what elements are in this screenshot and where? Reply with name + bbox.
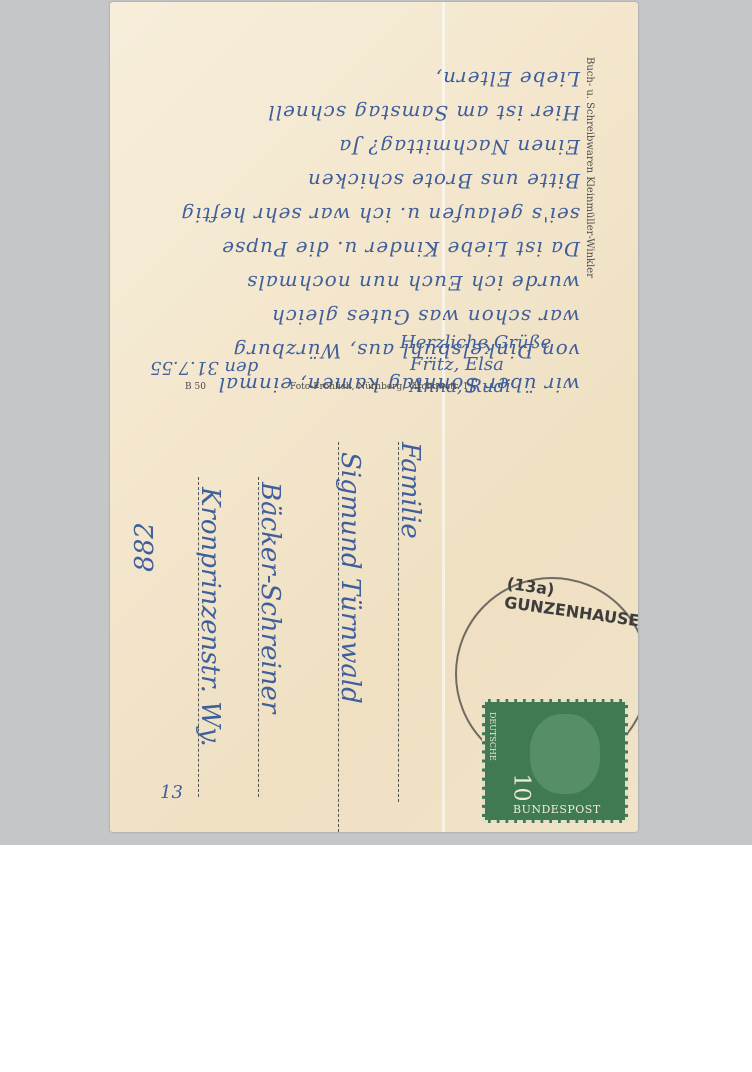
address-line: Kronprinzenstr. Wy. — [195, 487, 225, 747]
address-line: Bäcker-Schreiner — [255, 482, 285, 713]
message-line: Einen Nachmittag? Ja — [110, 130, 580, 164]
postcard: wir über Sonntag kamen, einmal von Dinke… — [110, 2, 638, 832]
message-line: Da ist Liebe Kinder u. die Pupse — [110, 232, 580, 266]
postage-stamp: DEUTSCHE 10 BUNDESPOST — [482, 699, 628, 823]
message-line: wurde ich Euch nun nochmals — [110, 266, 580, 300]
signature-greeting: Herzliche Grüße — [400, 332, 551, 353]
portrait — [530, 714, 600, 794]
signature-names-1: Fritz, Elsa — [410, 354, 504, 375]
card-number: B 50 — [185, 382, 206, 392]
message-line: war schon was Gutes gleich — [110, 300, 580, 334]
margin-number: 882 — [130, 522, 160, 572]
shop-imprint: Buch- u. Schreibwaren Kleinmüller-Winkle… — [584, 57, 595, 278]
message-line: Hier ist am Samstag schnell — [110, 96, 580, 130]
stamp-value: 10 — [509, 774, 534, 802]
address-line: Familie — [395, 442, 425, 539]
publisher-imprint: Foto-Fröhlich, Nürnberg, Virchowstr. 1 — [290, 382, 468, 392]
message-line: sei's gelaufen u. ich war sehr heftig — [110, 198, 580, 232]
message-line: Bitte uns Brote schicken — [110, 164, 580, 198]
message-date: den 31.7.55 — [150, 357, 258, 378]
address-number: 13 — [160, 782, 183, 803]
stamp-issuer: BUNDESPOST — [513, 803, 601, 816]
message-line: Liebe Eltern, — [110, 62, 580, 96]
stamp-country: DEUTSCHE — [488, 712, 497, 761]
address-line: Sigmund Türnwald — [335, 452, 365, 704]
